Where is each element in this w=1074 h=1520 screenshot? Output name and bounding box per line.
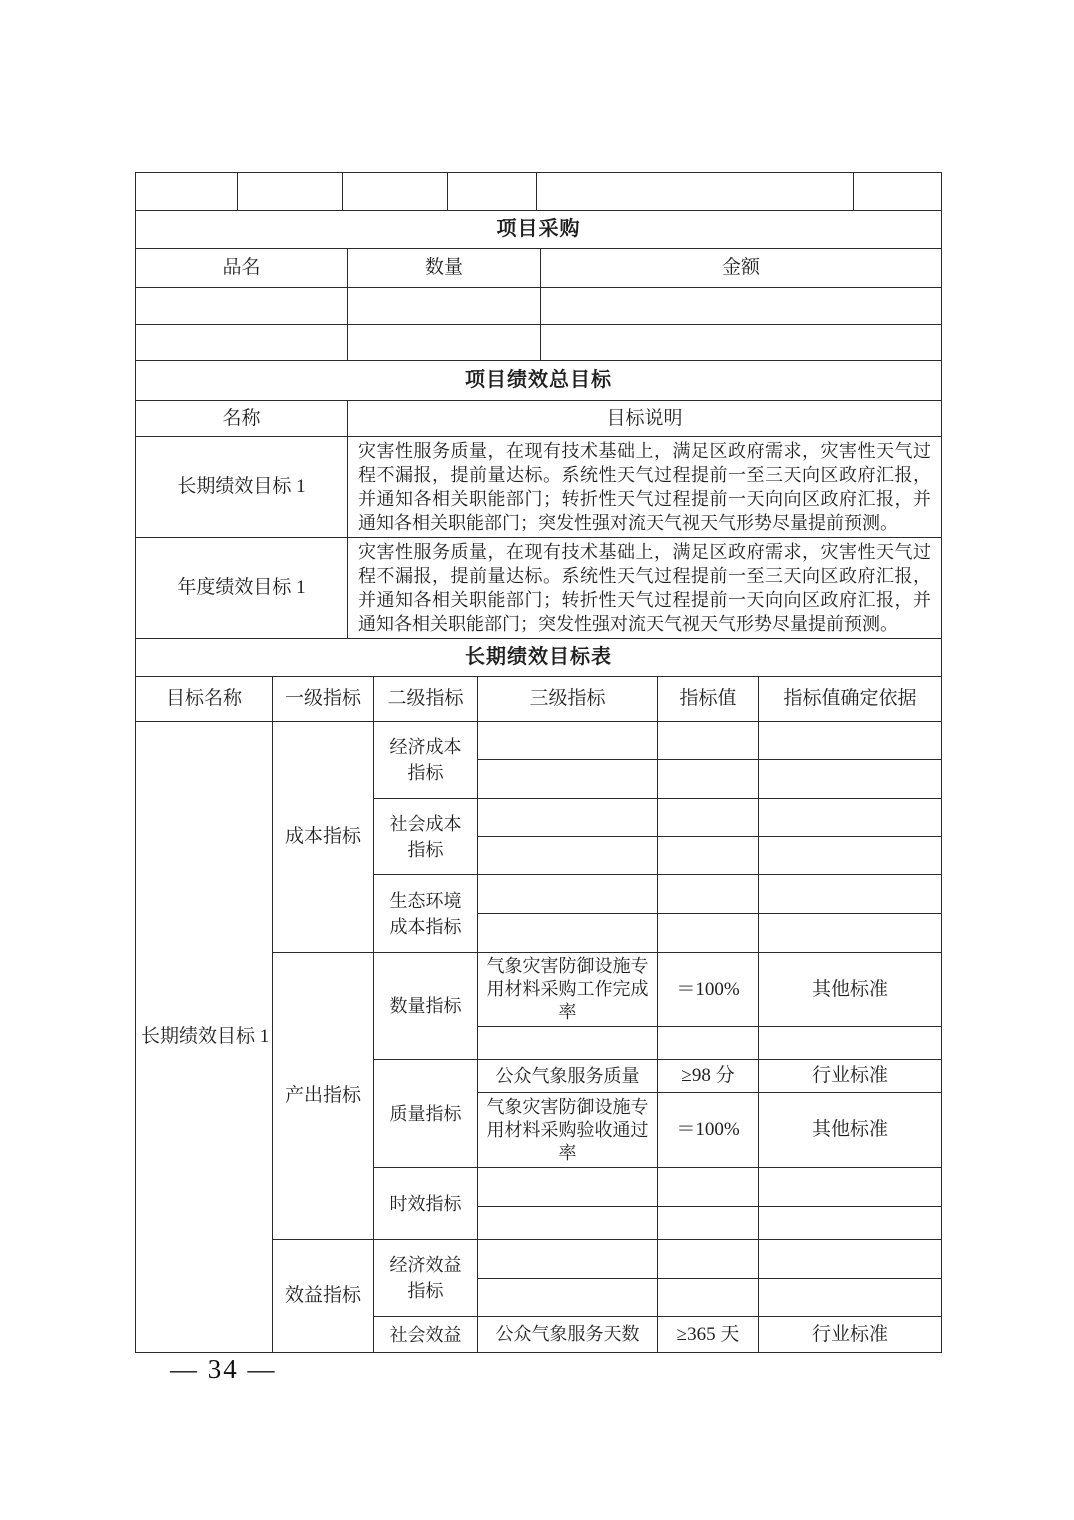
- longterm-header-level3: 三级指标: [478, 677, 658, 722]
- procurement-empty-cell: [136, 325, 348, 361]
- goal-description-cell: 灾害性服务质量，在现有技术基础上，满足区政府需求，灾害性天气过程不漏报，提前量达…: [348, 437, 942, 538]
- longterm-header-value: 指标值: [658, 677, 759, 722]
- longterm-goals-table: 长期绩效目标表 目标名称 一级指标 二级指标 三级指标 指标值 指标值确定依据 …: [135, 638, 942, 1353]
- empty-indicator-cell: [478, 837, 658, 875]
- empty-value-cell: [658, 1168, 759, 1207]
- procurement-empty-cell: [541, 288, 942, 325]
- empty-basis-cell: [759, 1279, 942, 1317]
- empty-basis-cell: [759, 914, 942, 953]
- procurement-table: 项目采购 品名 数量 金额: [135, 210, 942, 361]
- longterm-goal-name-cell: 长期绩效目标 1: [136, 722, 273, 1353]
- empty-basis-cell: [759, 1207, 942, 1240]
- fragment-empty-cell: [136, 173, 238, 211]
- overall-goals-header-name: 名称: [136, 401, 348, 437]
- indicator-value-cell: ＝100%: [658, 1093, 759, 1168]
- indicator-name-cell: 公众气象服务天数: [478, 1317, 658, 1353]
- overall-goals-header-description: 目标说明: [348, 401, 942, 437]
- empty-basis-cell: [759, 722, 942, 760]
- empty-indicator-cell: [478, 1168, 658, 1207]
- indicator-basis-cell: 其他标准: [759, 953, 942, 1027]
- longterm-header-level2: 二级指标: [374, 677, 478, 722]
- empty-basis-cell: [759, 1240, 942, 1279]
- empty-value-cell: [658, 722, 759, 760]
- empty-indicator-cell: [478, 1027, 658, 1060]
- level2-quality-cell: 质量指标: [374, 1060, 478, 1168]
- empty-indicator-cell: [478, 1207, 658, 1240]
- level2-social-benefit-cell: 社会效益: [374, 1317, 478, 1353]
- document-table-area: 项目采购 品名 数量 金额 项目绩效总: [135, 172, 941, 1353]
- empty-basis-cell: [759, 875, 942, 914]
- goal-description-cell: 灾害性服务质量，在现有技术基础上，满足区政府需求，灾害性天气过程不漏报，提前量达…: [348, 538, 942, 639]
- level2-social-cost-cell: 社会成本指标: [374, 799, 478, 875]
- procurement-section-title: 项目采购: [136, 211, 942, 249]
- level2-quantity-cell: 数量指标: [374, 953, 478, 1060]
- procurement-empty-cell: [541, 325, 942, 361]
- empty-indicator-cell: [478, 914, 658, 953]
- goal-name-cell: 年度绩效目标 1: [136, 538, 348, 639]
- empty-basis-cell: [759, 837, 942, 875]
- fragment-empty-cell: [343, 173, 448, 211]
- table-fragment: [135, 172, 942, 211]
- overall-goals-section-title: 项目绩效总目标: [136, 361, 942, 401]
- level1-cost-cell: 成本指标: [273, 722, 374, 953]
- empty-indicator-cell: [478, 760, 658, 799]
- empty-indicator-cell: [478, 875, 658, 914]
- longterm-header-goal-name: 目标名称: [136, 677, 273, 722]
- procurement-empty-cell: [348, 325, 541, 361]
- longterm-header-basis: 指标值确定依据: [759, 677, 942, 722]
- empty-value-cell: [658, 1207, 759, 1240]
- empty-basis-cell: [759, 760, 942, 799]
- indicator-value-cell: ＝100%: [658, 953, 759, 1027]
- indicator-basis-cell: 行业标准: [759, 1317, 942, 1353]
- indicator-name-cell: 气象灾害防御设施专用材料采购验收通过率: [478, 1093, 658, 1168]
- procurement-header-name: 品名: [136, 249, 348, 288]
- document-page: 项目采购 品名 数量 金额 项目绩效总: [0, 0, 1074, 1520]
- indicator-basis-cell: 行业标准: [759, 1060, 942, 1093]
- level2-timeliness-cell: 时效指标: [374, 1168, 478, 1240]
- indicator-basis-cell: 其他标准: [759, 1093, 942, 1168]
- level2-eco-env-cost-cell: 生态环境成本指标: [374, 875, 478, 953]
- indicator-name-cell: 公众气象服务质量: [478, 1060, 658, 1093]
- procurement-empty-cell: [348, 288, 541, 325]
- empty-value-cell: [658, 1027, 759, 1060]
- longterm-table-title: 长期绩效目标表: [136, 639, 942, 677]
- procurement-header-quantity: 数量: [348, 249, 541, 288]
- indicator-name-cell: 气象灾害防御设施专用材料采购工作完成率: [478, 953, 658, 1027]
- empty-indicator-cell: [478, 1279, 658, 1317]
- empty-basis-cell: [759, 1168, 942, 1207]
- procurement-header-amount: 金额: [541, 249, 942, 288]
- procurement-empty-cell: [136, 288, 348, 325]
- level2-economic-benefit-cell: 经济效益指标: [374, 1240, 478, 1317]
- empty-indicator-cell: [478, 799, 658, 837]
- fragment-empty-cell: [854, 173, 942, 211]
- indicator-value-cell: ≥98 分: [658, 1060, 759, 1093]
- fragment-empty-cell: [448, 173, 537, 211]
- empty-basis-cell: [759, 799, 942, 837]
- level2-economic-cost-cell: 经济成本指标: [374, 722, 478, 799]
- fragment-empty-cell: [238, 173, 343, 211]
- empty-value-cell: [658, 1240, 759, 1279]
- indicator-value-cell: ≥365 天: [658, 1317, 759, 1353]
- empty-value-cell: [658, 914, 759, 953]
- empty-basis-cell: [759, 1027, 942, 1060]
- longterm-header-level1: 一级指标: [273, 677, 374, 722]
- level1-benefit-cell: 效益指标: [273, 1240, 374, 1353]
- empty-indicator-cell: [478, 1240, 658, 1279]
- empty-value-cell: [658, 1279, 759, 1317]
- fragment-empty-cell: [537, 173, 854, 211]
- empty-value-cell: [658, 760, 759, 799]
- empty-value-cell: [658, 875, 759, 914]
- empty-value-cell: [658, 799, 759, 837]
- empty-value-cell: [658, 837, 759, 875]
- overall-goals-table: 项目绩效总目标 名称 目标说明 长期绩效目标 1 灾害性服务质量，在现有技术基础…: [135, 360, 942, 639]
- empty-indicator-cell: [478, 722, 658, 760]
- page-number: — 34 —: [170, 1354, 277, 1385]
- goal-name-cell: 长期绩效目标 1: [136, 437, 348, 538]
- level1-output-cell: 产出指标: [273, 953, 374, 1240]
